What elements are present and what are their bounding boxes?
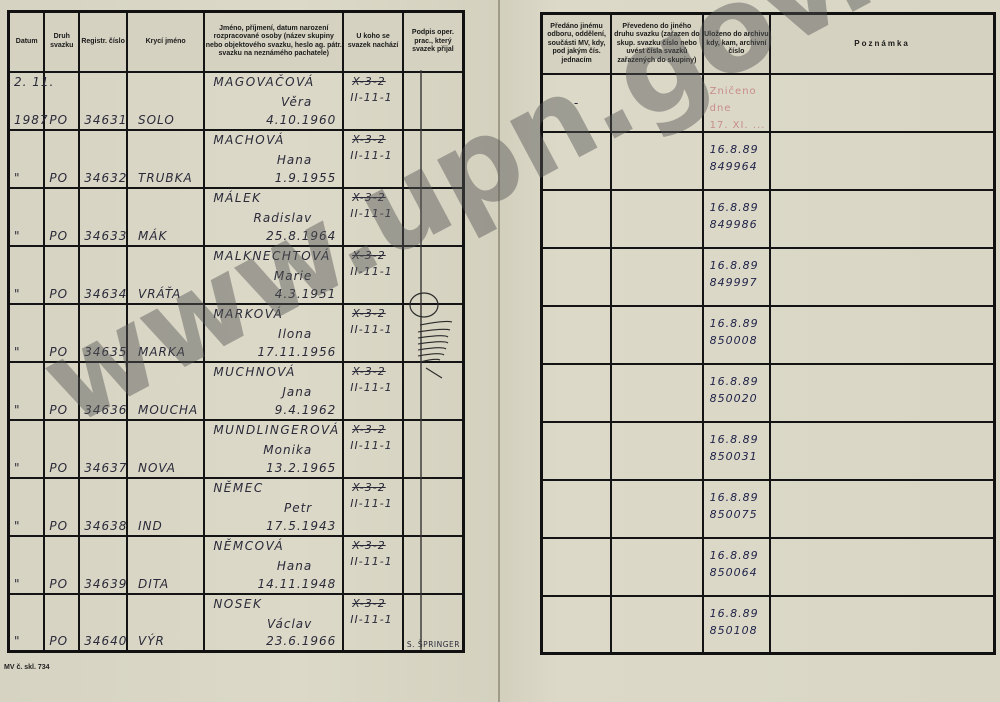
transferred-cell: [611, 190, 702, 248]
date-year: ": [14, 229, 21, 243]
note-cell: [770, 132, 994, 190]
date-cell: ": [9, 362, 45, 420]
date-year: ": [14, 287, 21, 301]
note-cell: [770, 306, 994, 364]
date-year: 1987: [14, 113, 49, 127]
reg-cell: 34638: [79, 478, 127, 536]
signature-cell: [403, 420, 464, 478]
person-cell: MARKOVÁIlona17.11.1956: [204, 304, 343, 362]
type-cell: PO: [44, 72, 79, 130]
type-cell: PO: [44, 246, 79, 304]
archive-row: 16.8.89850108: [542, 596, 995, 654]
archive-entry: 16.8.89850075: [710, 489, 759, 523]
signature-cell: [403, 478, 464, 536]
first-name: Hana: [277, 153, 312, 167]
header-cover-name: Krycí jméno: [127, 12, 204, 72]
old-location: X-3-2: [352, 133, 385, 146]
archive-entry: 16.8.89849986: [710, 199, 759, 233]
archive-number: 849964: [710, 158, 759, 175]
archive-date: 16.8.89: [710, 199, 759, 216]
register-row: "PO34639DITANĚMCOVÁHana14.11.1948X-3-2II…: [9, 536, 464, 594]
archive-row: 16.8.89849964: [542, 132, 995, 190]
person-cell: MAGOVAČOVÁVěra4.10.1960: [204, 72, 343, 130]
registration-number: 34638: [84, 519, 127, 533]
header-file-type: Druh svazku: [44, 12, 79, 72]
register-row: "PO34636MOUCHAMUCHNOVÁJana9.4.1962X-3-2I…: [9, 362, 464, 420]
date-year: ": [14, 403, 21, 417]
handed-over-cell: [542, 306, 612, 364]
file-type: PO: [49, 519, 68, 533]
type-cell: PO: [44, 594, 79, 652]
person-cell: MUCHNOVÁJana9.4.1962: [204, 362, 343, 420]
cover-name: VRÁŤA: [138, 287, 181, 301]
transferred-cell: [611, 596, 702, 654]
date-of-birth: 17.5.1943: [266, 519, 336, 533]
archive-date: 16.8.89: [710, 605, 759, 622]
archive-date: 16.8.89: [710, 431, 759, 448]
stamp-line-1: Zničeno dne: [710, 83, 770, 117]
handed-over-cell: -: [542, 74, 612, 132]
date-cell: ": [9, 246, 45, 304]
archive-entry: 16.8.89849964: [710, 141, 759, 175]
header-signature: Podpis oper. prac., který svazek přijal: [403, 12, 464, 72]
archive-date: 16.8.89: [710, 489, 759, 506]
type-cell: PO: [44, 420, 79, 478]
location-cell: X-3-2II-11-1: [343, 130, 403, 188]
registration-number: 34635: [84, 345, 127, 359]
date-of-birth: 25.8.1964: [266, 229, 336, 243]
file-type: PO: [49, 577, 68, 591]
date-of-birth: 9.4.1962: [275, 403, 336, 417]
date-cell: ": [9, 594, 45, 652]
file-type: PO: [49, 113, 68, 127]
type-cell: PO: [44, 304, 79, 362]
location-cell: X-3-2II-11-1: [343, 478, 403, 536]
date-year: ": [14, 634, 21, 648]
header-registration-number: Registr. číslo: [79, 12, 127, 72]
first-name: Václav: [267, 617, 312, 631]
date-of-birth: 23.6.1966: [266, 634, 336, 648]
archive-date: 16.8.89: [710, 547, 759, 564]
note-cell: [770, 364, 994, 422]
archived-cell: Zničeno dne17. XI. ...: [703, 74, 771, 132]
cover-cell: MÁK: [127, 188, 204, 246]
archived-cell: 16.8.89850064: [703, 538, 771, 596]
current-location: II-11-1: [350, 91, 392, 104]
person-cell: MACHOVÁHana1.9.1955: [204, 130, 343, 188]
archive-date: 16.8.89: [710, 141, 759, 158]
register-row: "PO34634VRÁŤAMALKNECHTOVÁMarie4.3.1951X-…: [9, 246, 464, 304]
reg-cell: 34634: [79, 246, 127, 304]
date-year: ": [14, 461, 21, 475]
transferred-cell: [611, 364, 702, 422]
cover-name: MÁK: [138, 229, 167, 243]
file-type: PO: [49, 171, 68, 185]
handed-over-cell: [542, 538, 612, 596]
registration-number: 34631: [84, 113, 127, 127]
date-of-birth: 4.3.1951: [275, 287, 336, 301]
archive-number: 849986: [710, 216, 759, 233]
first-name: Petr: [284, 501, 312, 515]
current-location: II-11-1: [350, 613, 392, 626]
signature-cell: [403, 72, 464, 130]
location-cell: X-3-2II-11-1: [343, 72, 403, 130]
archive-row: -Zničeno dne17. XI. ...: [542, 74, 995, 132]
surname: NOSEK: [213, 597, 262, 611]
date-cell: 2. 11.1987: [9, 72, 45, 130]
first-name: Hana: [277, 559, 312, 573]
surname: MUNDLINGEROVÁ: [213, 423, 339, 437]
old-location: X-3-2: [352, 597, 385, 610]
reg-cell: 34637: [79, 420, 127, 478]
book-gutter: [498, 0, 500, 702]
cover-name: MOUCHA: [138, 403, 198, 417]
handed-over-cell: [542, 596, 612, 654]
date-year: ": [14, 577, 21, 591]
transferred-cell: [611, 248, 702, 306]
cover-cell: NOVA: [127, 420, 204, 478]
first-name: Monika: [263, 443, 312, 457]
archive-number: 850064: [710, 564, 759, 581]
old-location: X-3-2: [352, 307, 385, 320]
registration-number: 34633: [84, 229, 127, 243]
archived-cell: 16.8.89850075: [703, 480, 771, 538]
first-name: Věra: [281, 95, 312, 109]
register-row: "PO34633MÁKMÁLEKRadislav25.8.1964X-3-2II…: [9, 188, 464, 246]
date-year: ": [14, 345, 21, 359]
header-transferred: Převedeno do jiného druhu svazku (zařaze…: [611, 14, 702, 74]
cover-cell: VÝR: [127, 594, 204, 652]
location-cell: X-3-2II-11-1: [343, 536, 403, 594]
date-cell: ": [9, 188, 45, 246]
location-cell: X-3-2II-11-1: [343, 362, 403, 420]
date-cell: ": [9, 536, 45, 594]
date-of-birth: 17.11.1956: [258, 345, 337, 359]
note-cell: [770, 422, 994, 480]
location-cell: X-3-2II-11-1: [343, 188, 403, 246]
archive-entry: 16.8.89850031: [710, 431, 759, 465]
transferred-cell: [611, 480, 702, 538]
right-register-table: Předáno jinému odboru, oddělení, součást…: [540, 12, 996, 655]
archived-cell: 16.8.89849997: [703, 248, 771, 306]
reg-cell: 34632: [79, 130, 127, 188]
archive-row: 16.8.89850020: [542, 364, 995, 422]
archived-cell: 16.8.89849964: [703, 132, 771, 190]
registration-number: 34636: [84, 403, 127, 417]
right-header-row: Předáno jinému odboru, oddělení, součást…: [542, 14, 995, 74]
signature-cell: [403, 130, 464, 188]
archive-entry: 16.8.89850064: [710, 547, 759, 581]
type-cell: PO: [44, 130, 79, 188]
old-location: X-3-2: [352, 191, 385, 204]
registration-number: 34632: [84, 171, 127, 185]
header-handed-over: Předáno jinému odboru, oddělení, součást…: [542, 14, 612, 74]
location-cell: X-3-2II-11-1: [343, 246, 403, 304]
cover-name: NOVA: [138, 461, 176, 475]
archive-date: 16.8.89: [710, 257, 759, 274]
destroyed-stamp: Zničeno dne17. XI. ...: [710, 83, 770, 134]
reg-cell: 34631: [79, 72, 127, 130]
date-year: ": [14, 171, 21, 185]
note-cell: [770, 596, 994, 654]
signature-cell: [403, 188, 464, 246]
reg-cell: 34636: [79, 362, 127, 420]
first-name: Ilona: [278, 327, 312, 341]
archive-entry: 16.8.89850108: [710, 605, 759, 639]
cover-name: IND: [138, 519, 163, 533]
type-cell: PO: [44, 536, 79, 594]
cover-cell: MOUCHA: [127, 362, 204, 420]
handed-over-cell: [542, 422, 612, 480]
date-cell: ": [9, 420, 45, 478]
archive-row: 16.8.89849986: [542, 190, 995, 248]
date-of-birth: 13.2.1965: [266, 461, 336, 475]
left-header-row: Datum Druh svazku Registr. číslo Krycí j…: [9, 12, 464, 72]
transferred-cell: [611, 306, 702, 364]
register-row: "PO34632TRUBKAMACHOVÁHana1.9.1955X-3-2II…: [9, 130, 464, 188]
current-location: II-11-1: [350, 323, 392, 336]
archive-number: 850108: [710, 622, 759, 639]
archive-row: 16.8.89850075: [542, 480, 995, 538]
archive-number: 849997: [710, 274, 759, 291]
current-location: II-11-1: [350, 555, 392, 568]
left-register-table: Datum Druh svazku Registr. číslo Krycí j…: [7, 10, 465, 653]
old-location: X-3-2: [352, 423, 385, 436]
date-cell: ": [9, 130, 45, 188]
registration-number: 34634: [84, 287, 127, 301]
archive-number: 850020: [710, 390, 759, 407]
note-cell: [770, 190, 994, 248]
reg-cell: 34639: [79, 536, 127, 594]
archive-entry: 16.8.89849997: [710, 257, 759, 291]
archive-entry: 16.8.89850008: [710, 315, 759, 349]
handed-over-cell: [542, 480, 612, 538]
current-location: II-11-1: [350, 265, 392, 278]
archive-date: 16.8.89: [710, 315, 759, 332]
signature-name: S. ŠPRINGER: [407, 640, 460, 649]
location-cell: X-3-2II-11-1: [343, 304, 403, 362]
date-of-birth: 14.11.1948: [258, 577, 337, 591]
register-row: "PO34638INDNĚMECPetr17.5.1943X-3-2II-11-…: [9, 478, 464, 536]
type-cell: PO: [44, 362, 79, 420]
handed-over-cell: [542, 364, 612, 422]
header-person: Jméno, příjmení, datum narození rozpraco…: [204, 12, 343, 72]
cover-cell: IND: [127, 478, 204, 536]
type-cell: PO: [44, 188, 79, 246]
archive-row: 16.8.89849997: [542, 248, 995, 306]
archive-date: 16.8.89: [710, 373, 759, 390]
surname: NĚMEC: [213, 481, 263, 495]
location-cell: X-3-2II-11-1: [343, 420, 403, 478]
surname: MARKOVÁ: [213, 307, 283, 321]
header-archived: Uloženo do archivu kdy, kam, archivní čí…: [703, 14, 771, 74]
transferred-cell: [611, 132, 702, 190]
person-cell: MUNDLINGEROVÁMonika13.2.1965: [204, 420, 343, 478]
current-location: II-11-1: [350, 149, 392, 162]
cover-name: MARKA: [138, 345, 186, 359]
registration-number: 34639: [84, 577, 127, 591]
person-cell: MÁLEKRadislav25.8.1964: [204, 188, 343, 246]
note-cell: [770, 74, 994, 132]
person-cell: NĚMECPetr17.5.1943: [204, 478, 343, 536]
form-footer: MV č. skl. 734: [4, 664, 50, 671]
old-location: X-3-2: [352, 75, 385, 88]
reg-cell: 34633: [79, 188, 127, 246]
header-note: Poznámka: [770, 14, 994, 74]
cover-name: DITA: [138, 577, 169, 591]
cover-name: TRUBKA: [138, 171, 193, 185]
transferred-cell: [611, 422, 702, 480]
archived-cell: 16.8.89849986: [703, 190, 771, 248]
header-date: Datum: [9, 12, 45, 72]
archive-number: 850031: [710, 448, 759, 465]
archived-cell: 16.8.89850020: [703, 364, 771, 422]
old-location: X-3-2: [352, 365, 385, 378]
cover-cell: SOLO: [127, 72, 204, 130]
archive-row: 16.8.89850064: [542, 538, 995, 596]
date-of-birth: 1.9.1955: [275, 171, 336, 185]
signature-scribble-icon: [406, 290, 456, 380]
note-cell: [770, 480, 994, 538]
cover-cell: DITA: [127, 536, 204, 594]
old-location: X-3-2: [352, 249, 385, 262]
person-cell: NOSEKVáclav23.6.1966: [204, 594, 343, 652]
handed-over-cell: [542, 190, 612, 248]
header-location: U koho se svazek nachází: [343, 12, 403, 72]
archived-cell: 16.8.89850108: [703, 596, 771, 654]
handed-over-cell: [542, 248, 612, 306]
surname: MÁLEK: [213, 191, 261, 205]
note-cell: [770, 248, 994, 306]
current-location: II-11-1: [350, 381, 392, 394]
surname: MACHOVÁ: [213, 133, 285, 147]
register-row: "PO34635MARKAMARKOVÁIlona17.11.1956X-3-2…: [9, 304, 464, 362]
archived-cell: 16.8.89850031: [703, 422, 771, 480]
first-name: Jana: [282, 385, 312, 399]
file-type: PO: [49, 287, 68, 301]
archive-number: 850075: [710, 506, 759, 523]
cover-name: SOLO: [138, 113, 175, 127]
old-location: X-3-2: [352, 481, 385, 494]
person-cell: MALKNECHTOVÁMarie4.3.1951: [204, 246, 343, 304]
current-location: II-11-1: [350, 207, 392, 220]
file-type: PO: [49, 461, 68, 475]
location-cell: X-3-2II-11-1: [343, 594, 403, 652]
surname: MUCHNOVÁ: [213, 365, 296, 379]
cover-name: VÝR: [138, 634, 165, 648]
register-row: "PO34637NOVAMUNDLINGEROVÁMonika13.2.1965…: [9, 420, 464, 478]
archive-number: 850008: [710, 332, 759, 349]
cover-cell: VRÁŤA: [127, 246, 204, 304]
archived-cell: 16.8.89850008: [703, 306, 771, 364]
handed-over-value: -: [574, 96, 579, 110]
date-cell: ": [9, 304, 45, 362]
type-cell: PO: [44, 478, 79, 536]
registration-number: 34640: [84, 634, 127, 648]
cover-cell: MARKA: [127, 304, 204, 362]
handed-over-cell: [542, 132, 612, 190]
transferred-cell: [611, 538, 702, 596]
register-row: "PO34640VÝRNOSEKVáclav23.6.1966X-3-2II-1…: [9, 594, 464, 652]
date-cell: ": [9, 478, 45, 536]
signature-cell: [403, 536, 464, 594]
surname: MAGOVAČOVÁ: [213, 75, 314, 89]
surname: NĚMCOVÁ: [213, 539, 284, 553]
file-type: PO: [49, 345, 68, 359]
old-location: X-3-2: [352, 539, 385, 552]
cover-cell: TRUBKA: [127, 130, 204, 188]
archive-row: 16.8.89850031: [542, 422, 995, 480]
reg-cell: 34635: [79, 304, 127, 362]
current-location: II-11-1: [350, 497, 392, 510]
transferred-cell: [611, 74, 702, 132]
registration-number: 34637: [84, 461, 127, 475]
file-type: PO: [49, 403, 68, 417]
archive-entry: 16.8.89850020: [710, 373, 759, 407]
current-location: II-11-1: [350, 439, 392, 452]
file-type: PO: [49, 229, 68, 243]
register-row: 2. 11.1987PO34631SOLOMAGOVAČOVÁVěra4.10.…: [9, 72, 464, 130]
file-type: PO: [49, 634, 68, 648]
archive-row: 16.8.89850008: [542, 306, 995, 364]
signature-cell: S. ŠPRINGER: [403, 594, 464, 652]
surname: MALKNECHTOVÁ: [213, 249, 330, 263]
first-name: Radislav: [254, 211, 313, 225]
date-of-birth: 4.10.1960: [266, 113, 336, 127]
note-cell: [770, 538, 994, 596]
date-year: ": [14, 519, 21, 533]
first-name: Marie: [274, 269, 312, 283]
person-cell: NĚMCOVÁHana14.11.1948: [204, 536, 343, 594]
reg-cell: 34640: [79, 594, 127, 652]
